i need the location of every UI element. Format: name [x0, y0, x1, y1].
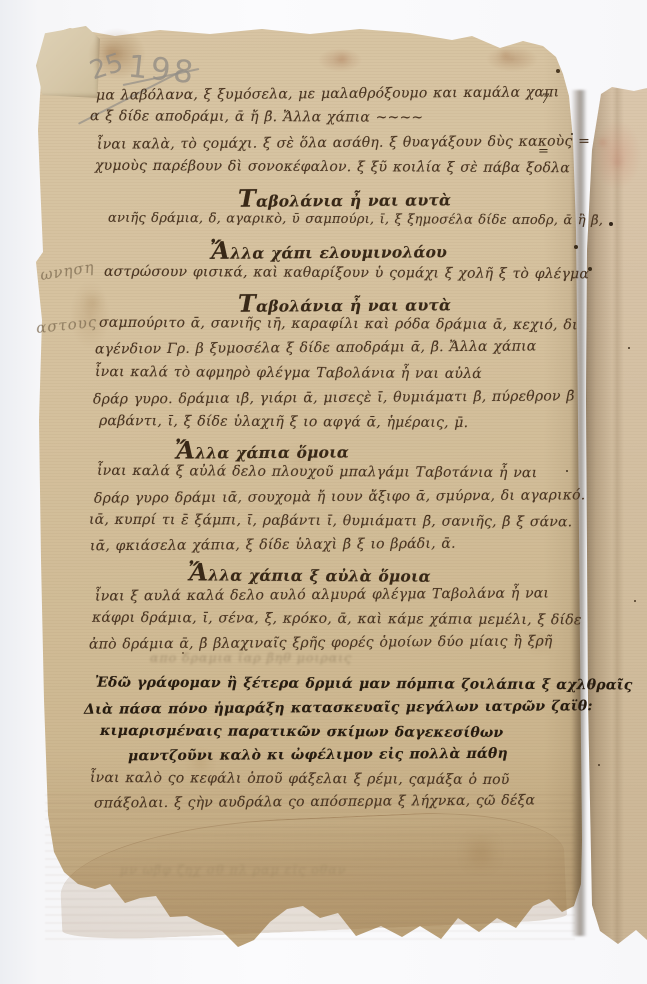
- manuscript-line: δράρ γυρο. δράμια ιβ̄, γιάρι ᾱ, μισεςὲ ῑ…: [93, 389, 575, 406]
- manuscript-line: μα λαβόλανα, ξ ξυμόσελα, με μαλαθρόξουμο…: [96, 85, 559, 102]
- manuscript-line: α ξ δίδε αποδράμι, ᾱ ἤ β̄. Ἄλλα χάπια ~~…: [90, 109, 423, 125]
- recipe-heading: μαντζοῦνι καλὸ κι ὠφέλιμον εἰς πολλὰ πάθ…: [128, 747, 508, 764]
- manuscript-line: ἶναι ξ αυλά καλά δελο αυλό αλμυρά φλέγμα…: [95, 586, 549, 603]
- manuscript-line: Διὰ πάσα πόνο ἡμαράξη κατασκευαῖς μεγάλω…: [84, 699, 593, 717]
- manuscript-line: κιμαρισμέναις παρατικῶν σκίμων δαγεκεσίθ…: [100, 724, 503, 740]
- manuscript-line: αστρώσουν φισικά, καὶ καθαρίξουν ὑ ςομάχ…: [104, 265, 589, 282]
- section-heading: Ἄλλα χάπι ελουμινολάου: [210, 237, 447, 263]
- section-heading: Ταβολάνια ἦ ναι αυτὰ: [238, 185, 451, 211]
- manuscript-line: σαμπούριτο ᾱ, σανιῆς ιη̄, καραφίλι καὶ ρ…: [99, 316, 578, 333]
- manuscript-line: ἶναι καλὰ, τὸ ςομάχι. ξ σὲ ὅλα ασάθη. ξ …: [97, 134, 590, 151]
- manuscript-line: ιᾱ, φκιάσελα χάπια, ξ δίδε ὑλαχὶ β̄ ξ ιο…: [90, 537, 456, 554]
- manuscript-line: αγένδιον Γρ. β ξυμοσέλα ξ δίδε αποδράμι …: [95, 339, 536, 356]
- manuscript-line: ἶναι καλά τὸ αφμηρὸ φλέγμα Ταβολάνια ἦ ν…: [95, 365, 482, 381]
- section-heading: Ταβολάνια ἦ ναι αυτὰ: [238, 290, 451, 316]
- section-heading: Ἄλλα χάπια ξ αὐλὰ ὅμοια: [188, 560, 431, 585]
- manuscript-line: δράρ γυρο δράμι ιᾱ, σουχομὰ ἤ ιουν ἄξιφο…: [94, 488, 585, 505]
- manuscript-line: ἶναι καλὸ ςο κεφάλι ὁποῦ φάξελαι ξ ρέμι,…: [90, 771, 510, 787]
- manuscript-line: ιᾱ, κυπρί τι ε̄ ξάμπι, ῑ, ραβάντι ῑ, θυμ…: [89, 513, 572, 530]
- manuscript-line: σπάξολαι. ξ ςὴν αυδράλα ςο απόσπερμα ξ λ…: [94, 793, 535, 810]
- scanned-manuscript: 25 198 ωνηση αστους 7 = απο δραμια ϊαρ β…: [0, 0, 647, 984]
- manuscript-line: χυμοὺς παρέβουν δὶ σονοκέφαλον. ξ ξῦ κοι…: [95, 159, 570, 175]
- manuscript-line: κάφρι δράμια, ῑ, σένα, ξ̄, κρόκο, ᾱ, καὶ…: [92, 611, 582, 628]
- manuscript-line: ἀπὸ δράμια ᾱ, β̄ βλαχιναῖς ξρῆς φορές ὁμ…: [89, 634, 553, 651]
- manuscript-line: ἶναι καλά ξ αὐλά δελο πλουχοῦ μπαλγάμι Τ…: [97, 464, 537, 480]
- text-block: μα λαβόλανα, ξ ξυμόσελα, με μαλαθρόξουμο…: [0, 0, 647, 984]
- manuscript-line: ραβάντι, ῑ, ξ δίδε ὑλαχιῆ ξ ιο αφγά ᾱ, ἡ…: [99, 414, 468, 430]
- section-heading: Ἄλλα χάπια ὅμοια: [175, 437, 349, 462]
- manuscript-line: ανιῆς δράμια, δ̄, αγαρικὸ, ῡ σαμπούρι, ῑ…: [108, 212, 603, 228]
- manuscript-line: Ἐδῶ γράφομαν ἢ ξέτερα δρμιά μαν πόμπια ζ…: [95, 676, 633, 693]
